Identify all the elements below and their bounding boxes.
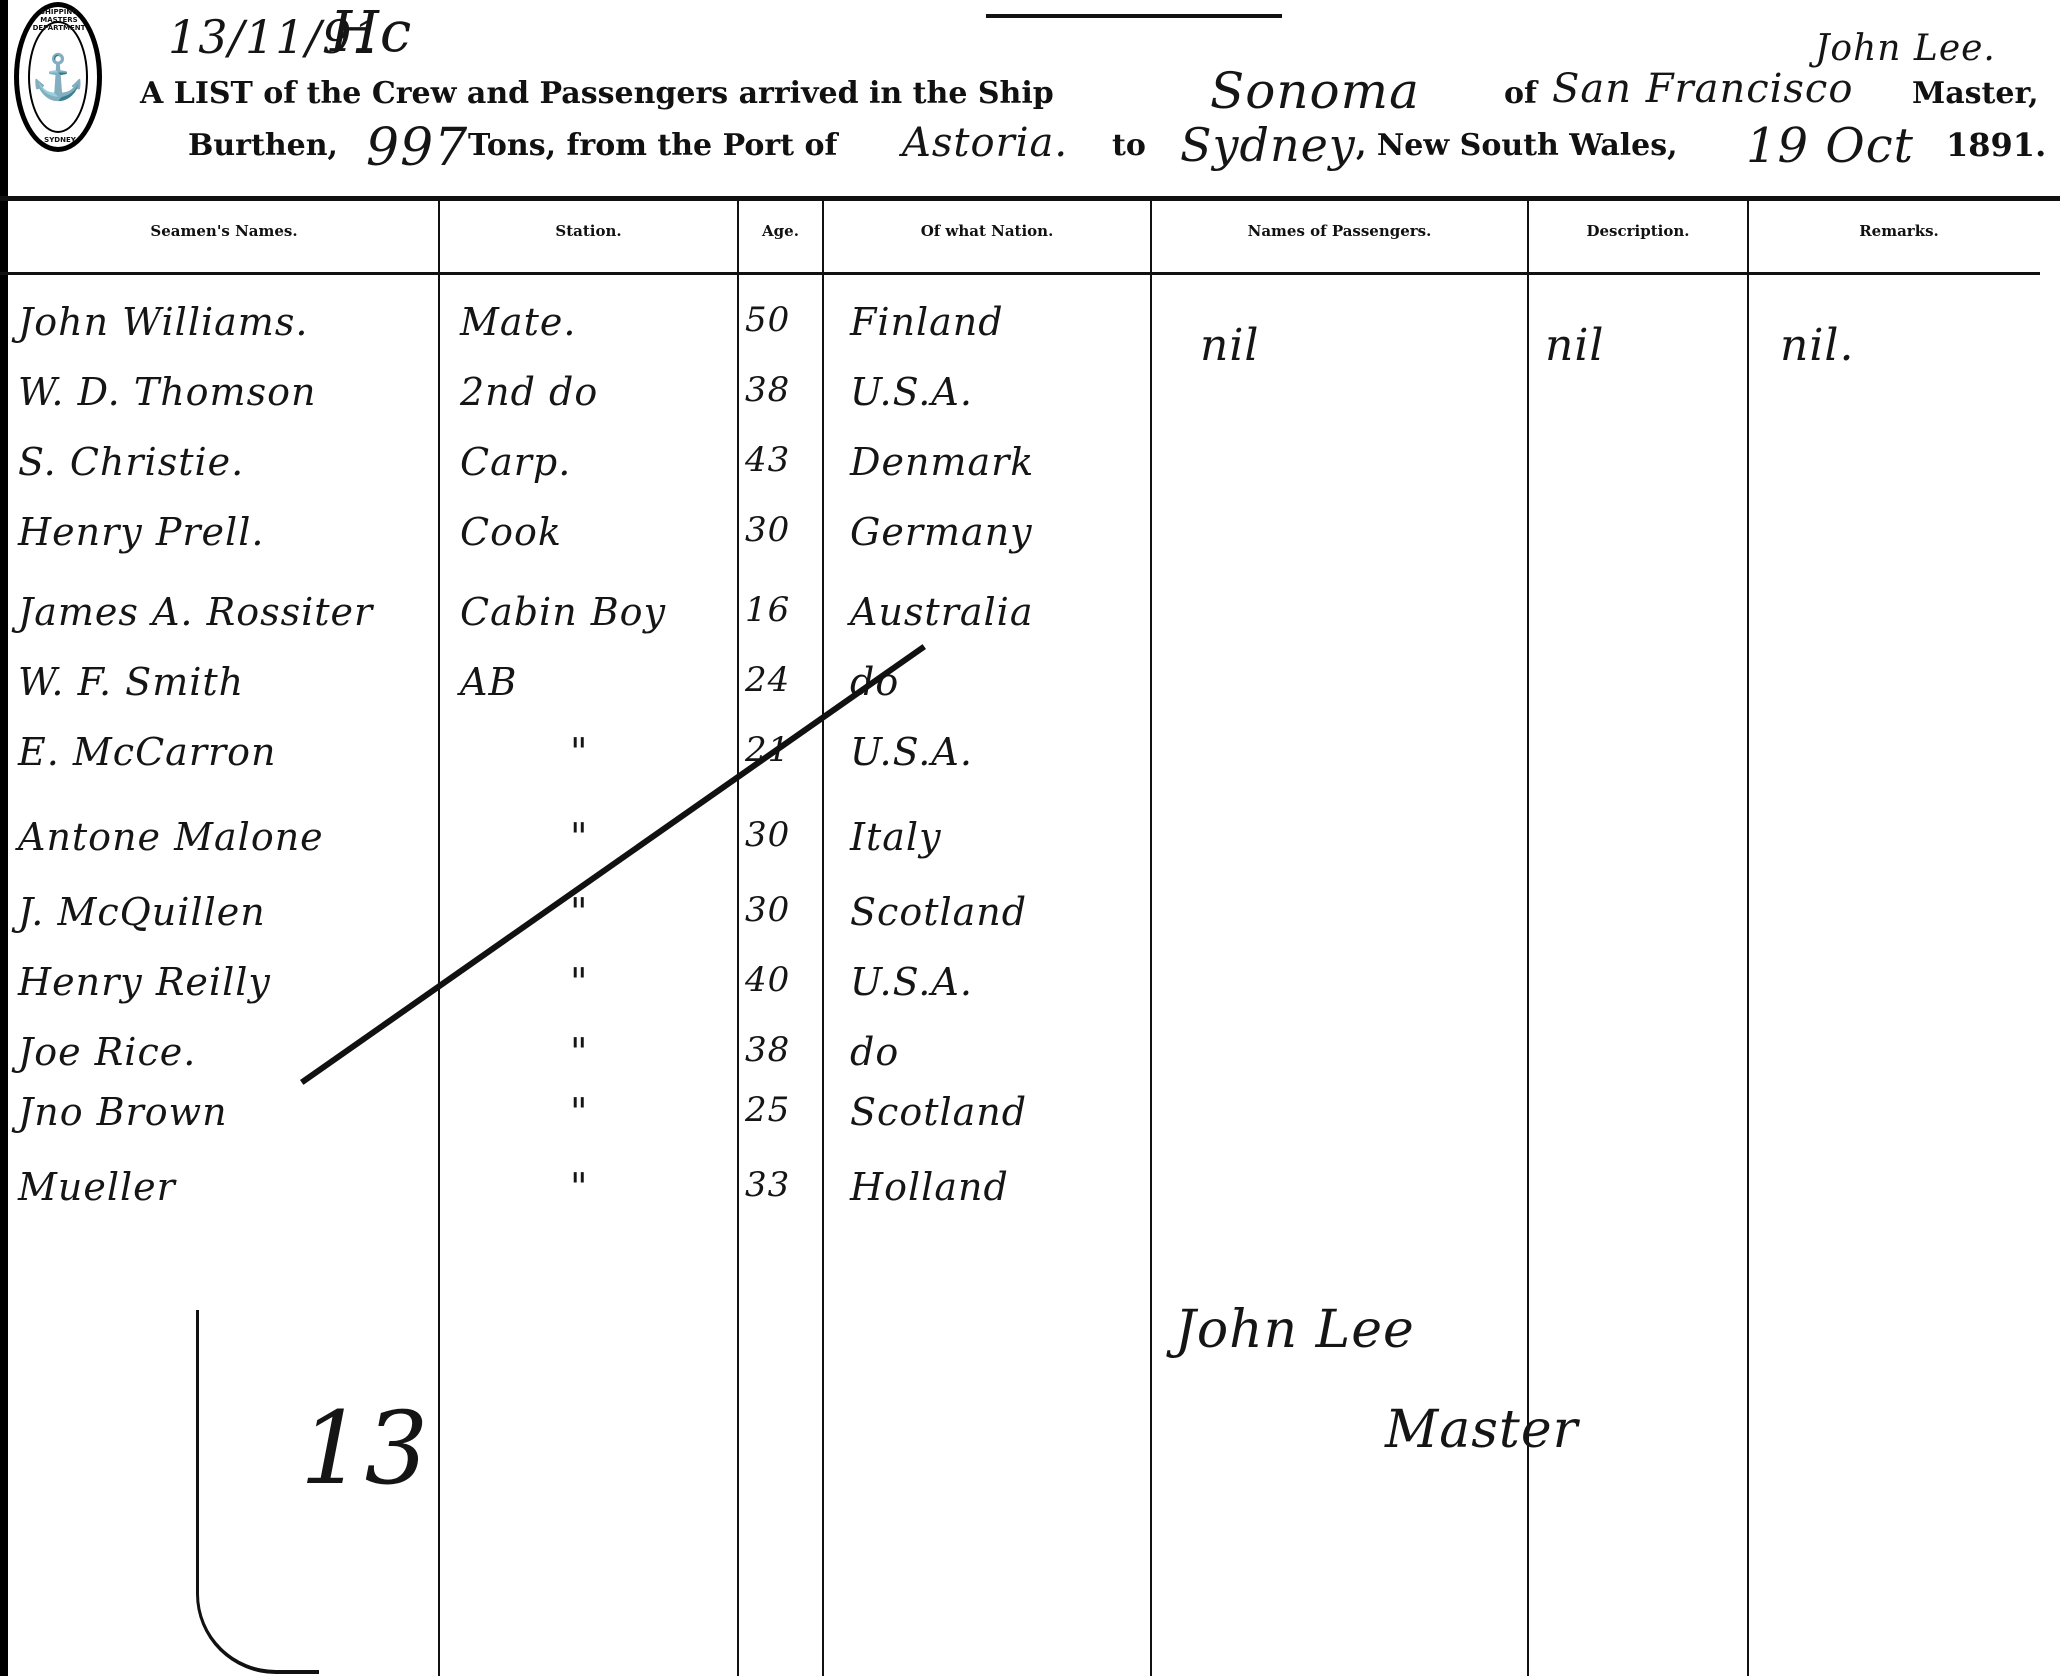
home-port: San Francisco (1552, 66, 1853, 112)
seaman-name: Henry Reilly (18, 960, 271, 1004)
region-label: , New South Wales, (1356, 128, 1678, 163)
seaman-station: Cabin Boy (460, 590, 666, 634)
initials-annotation: Hc (330, 0, 412, 65)
passengers-nil: nil (1200, 320, 1259, 371)
tons-value: 997 (366, 118, 468, 178)
master-label: Master, (1912, 76, 2039, 111)
ship-name: Sonoma (1210, 62, 1420, 120)
seal-bottom-text: SYDNEY (30, 136, 90, 144)
cancellation-stroke (300, 644, 926, 1085)
col-header-seamen-names: Seamen's Names. (10, 222, 438, 240)
tons-label: Tons, from the Port of (468, 128, 837, 163)
arrival-date: 19 Oct (1746, 118, 1914, 174)
seaman-name: W. F. Smith (18, 660, 244, 704)
crew-count: 13 (300, 1390, 429, 1507)
seaman-station: " (570, 890, 588, 934)
seaman-station: 2nd do (460, 370, 598, 414)
seaman-nation: Holland (850, 1165, 1009, 1209)
seaman-nation: U.S.A. (850, 730, 973, 774)
burthen-label: Burthen, (188, 128, 338, 163)
master-signature: John Lee (1175, 1300, 1415, 1360)
seaman-name: Jno Brown (18, 1090, 228, 1134)
seaman-station: AB (460, 660, 517, 704)
seaman-name: W. D. Thomson (18, 370, 316, 414)
seaman-name: S. Christie. (18, 440, 244, 484)
seaman-age: 38 (745, 1030, 790, 1070)
seaman-nation: Italy (850, 815, 942, 859)
col-divider (737, 200, 739, 1676)
seaman-nation: U.S.A. (850, 960, 973, 1004)
seaman-name: Mueller (18, 1165, 176, 1209)
seaman-station: Carp. (460, 440, 571, 484)
seaman-name: James A. Rossiter (18, 590, 373, 634)
master-name-header: John Lee. (1815, 28, 1996, 69)
seaman-nation: Australia (850, 590, 1033, 634)
seaman-station: Mate. (460, 300, 576, 344)
seaman-nation: U.S.A. (850, 370, 973, 414)
seaman-station: " (570, 730, 588, 774)
col-divider (438, 200, 440, 1676)
col-divider (1150, 200, 1152, 1676)
description-nil: nil (1545, 320, 1604, 371)
col-header-nation: Of what Nation. (824, 222, 1150, 240)
seaman-age: 24 (745, 660, 790, 700)
seaman-nation: Finland (850, 300, 1004, 344)
seaman-age: 30 (745, 510, 790, 550)
col-header-description: Description. (1529, 222, 1747, 240)
col-header-remarks: Remarks. (1749, 222, 2049, 240)
seaman-nation: Germany (850, 510, 1033, 554)
page-edge (0, 0, 8, 1676)
seaman-nation: Scotland (850, 890, 1027, 934)
seaman-age: 33 (745, 1165, 790, 1205)
from-port: Astoria. (902, 120, 1068, 166)
seaman-name: Henry Prell. (18, 510, 264, 554)
header-bottom-rule (0, 272, 2040, 275)
seaman-name: Joe Rice. (18, 1030, 196, 1074)
to-port: Sydney (1180, 118, 1356, 172)
seaman-age: 40 (745, 960, 790, 1000)
table-top-rule (0, 196, 2060, 201)
seaman-nation: Scotland (850, 1090, 1027, 1134)
seaman-station: " (570, 1165, 588, 1209)
seaman-name: John Williams. (18, 300, 308, 344)
top-rule (986, 14, 1282, 18)
col-header-station: Station. (440, 222, 737, 240)
seaman-age: 30 (745, 815, 790, 855)
seaman-age: 25 (745, 1090, 790, 1130)
seaman-nation: do (850, 1030, 899, 1074)
col-divider (1747, 200, 1749, 1676)
of-label: of (1504, 76, 1537, 111)
seaman-age: 16 (745, 590, 790, 630)
seaman-age: 43 (745, 440, 790, 480)
seaman-nation: Denmark (850, 440, 1034, 484)
seal-top-text: SHIPPING MASTERS DEPARTMENT (24, 8, 94, 32)
seaman-age: 38 (745, 370, 790, 410)
seaman-station: " (570, 960, 588, 1004)
seaman-age: 50 (745, 300, 790, 340)
remarks-nil: nil. (1780, 320, 1854, 371)
list-title: A LIST of the Crew and Passengers arrive… (140, 76, 1054, 111)
anchor-icon: ⚓ (28, 21, 88, 133)
arrival-year: 1891. (1946, 126, 2046, 164)
seaman-station: Cook (460, 510, 562, 554)
seaman-station: " (570, 1090, 588, 1134)
seaman-age: 30 (745, 890, 790, 930)
seaman-name: J. McQuillen (18, 890, 266, 934)
col-header-age: Age. (739, 222, 822, 240)
to-label: to (1112, 128, 1146, 163)
col-header-passengers: Names of Passengers. (1152, 222, 1527, 240)
seaman-name: Antone Malone (18, 815, 324, 859)
col-divider (822, 200, 824, 1676)
seaman-name: E. McCarron (18, 730, 277, 774)
seaman-station: " (570, 1030, 588, 1074)
seaman-station: " (570, 815, 588, 859)
master-signature-title: Master (1385, 1400, 1578, 1460)
